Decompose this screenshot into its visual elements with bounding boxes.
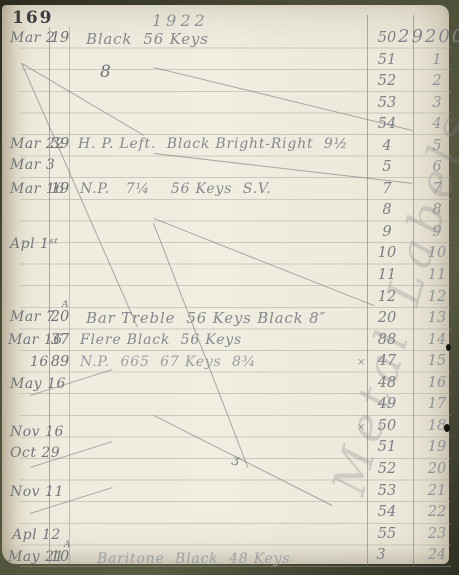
page-number: 169 xyxy=(12,8,54,28)
batch-number: 7 xyxy=(370,181,404,197)
batch-number: 54 xyxy=(370,504,404,520)
batch-number: 54 xyxy=(370,116,404,132)
serial-number: 10 xyxy=(422,245,452,261)
batch-number: 20 xyxy=(370,310,404,326)
entry-date: Nov 16 xyxy=(10,424,140,440)
batch-number: 51 xyxy=(370,439,404,455)
ledger-paper: 169 1922 29200 Metal Labels Mar 2 19 Bla… xyxy=(2,5,449,564)
batch-number: 8 xyxy=(370,202,404,218)
entry-date: Mar 3 xyxy=(10,157,140,173)
entry-qty: 19 xyxy=(48,181,72,197)
edge-speck xyxy=(446,344,451,351)
batch-number: 48 xyxy=(370,375,404,391)
entry-qty: 39 xyxy=(48,136,72,152)
batch-number: 52 xyxy=(370,73,404,89)
batch-number: 3 xyxy=(364,547,398,563)
entry-desc: Flere Black 56 Keys xyxy=(80,332,242,348)
batch-number: 53 xyxy=(370,483,404,499)
serial-number: 2 xyxy=(422,73,452,89)
entry-desc: N.P. 7¼ 56 Keys S.V. xyxy=(80,181,272,197)
serial-number: 19 xyxy=(422,439,452,455)
entry-date: Nov 11 xyxy=(10,484,140,500)
batch-number: 10 xyxy=(370,245,404,261)
entry-date: Oct 29 xyxy=(10,445,140,461)
batch-number: 11 xyxy=(370,267,404,283)
x-mark: × xyxy=(357,422,365,433)
batch-number: 55 xyxy=(370,526,404,542)
serial-number: 20 xyxy=(422,461,452,477)
entry-desc: Black 56 Keys xyxy=(86,30,209,48)
batch-number: 47 xyxy=(370,353,404,369)
batch-number: 50 xyxy=(370,418,404,434)
batch-number: 88 xyxy=(370,332,404,348)
edge-speck xyxy=(444,424,450,432)
scanned-ledger-photo: 169 1922 29200 Metal Labels Mar 2 19 Bla… xyxy=(0,0,459,575)
serial-number: 15 xyxy=(422,353,452,369)
batch-number: 5 xyxy=(370,159,404,175)
entry-qty: 89 xyxy=(48,354,72,370)
entry-date: May 16 xyxy=(10,376,140,392)
serial-number: 13 xyxy=(422,310,452,326)
serial-number: 11 xyxy=(422,267,452,283)
entry-note: 8 xyxy=(100,62,230,82)
entry-desc: Baritone Black 48 Keys xyxy=(97,551,290,567)
batch-number: 49 xyxy=(370,396,404,412)
entry-qty: 19 xyxy=(48,30,72,46)
serial-number: 17 xyxy=(422,396,452,412)
batch-number: 12 xyxy=(370,289,404,305)
batch-number: 52 xyxy=(370,461,404,477)
serial-number: 16 xyxy=(422,375,452,391)
entry-date: Apl 1ˢᵗ xyxy=(10,236,140,252)
serial-number: 5 xyxy=(422,138,452,154)
batch-number: 50 xyxy=(370,30,404,46)
serial-number: 7 xyxy=(422,181,452,197)
entry-desc: Bar Treble 56 Keys Black 8″ xyxy=(86,309,326,327)
serial-number: 24 xyxy=(422,547,452,563)
serial-number: 1 xyxy=(422,52,452,68)
batch-number: 51 xyxy=(370,52,404,68)
batch-number: 53 xyxy=(370,95,404,111)
serial-number: 8 xyxy=(422,202,452,218)
entry-qty: 10 xyxy=(48,549,72,565)
batch-number: 9 xyxy=(370,224,404,240)
serial-number: 4 xyxy=(422,116,452,132)
entry-desc: H. P. Left. Black Bright-Right 9½ xyxy=(78,136,348,152)
serial-number: 22 xyxy=(422,504,452,520)
serial-number: 23 xyxy=(422,526,452,542)
entry-desc: N.P. 665 67 Keys 8¾ xyxy=(80,354,256,370)
entry-qty: 37 xyxy=(48,332,72,348)
entry-qty: 20 xyxy=(48,309,72,325)
entry-date: Apl 12 xyxy=(12,527,142,543)
serial-number: 3 xyxy=(422,95,452,111)
x-mark: × xyxy=(357,357,365,368)
year-heading: 1922 xyxy=(152,11,209,30)
serial-number: 9 xyxy=(422,224,452,240)
serial-number: 6 xyxy=(422,159,452,175)
serial-number: 12 xyxy=(422,289,452,305)
batch-number: 4 xyxy=(370,138,404,154)
serial-number: 21 xyxy=(422,483,452,499)
